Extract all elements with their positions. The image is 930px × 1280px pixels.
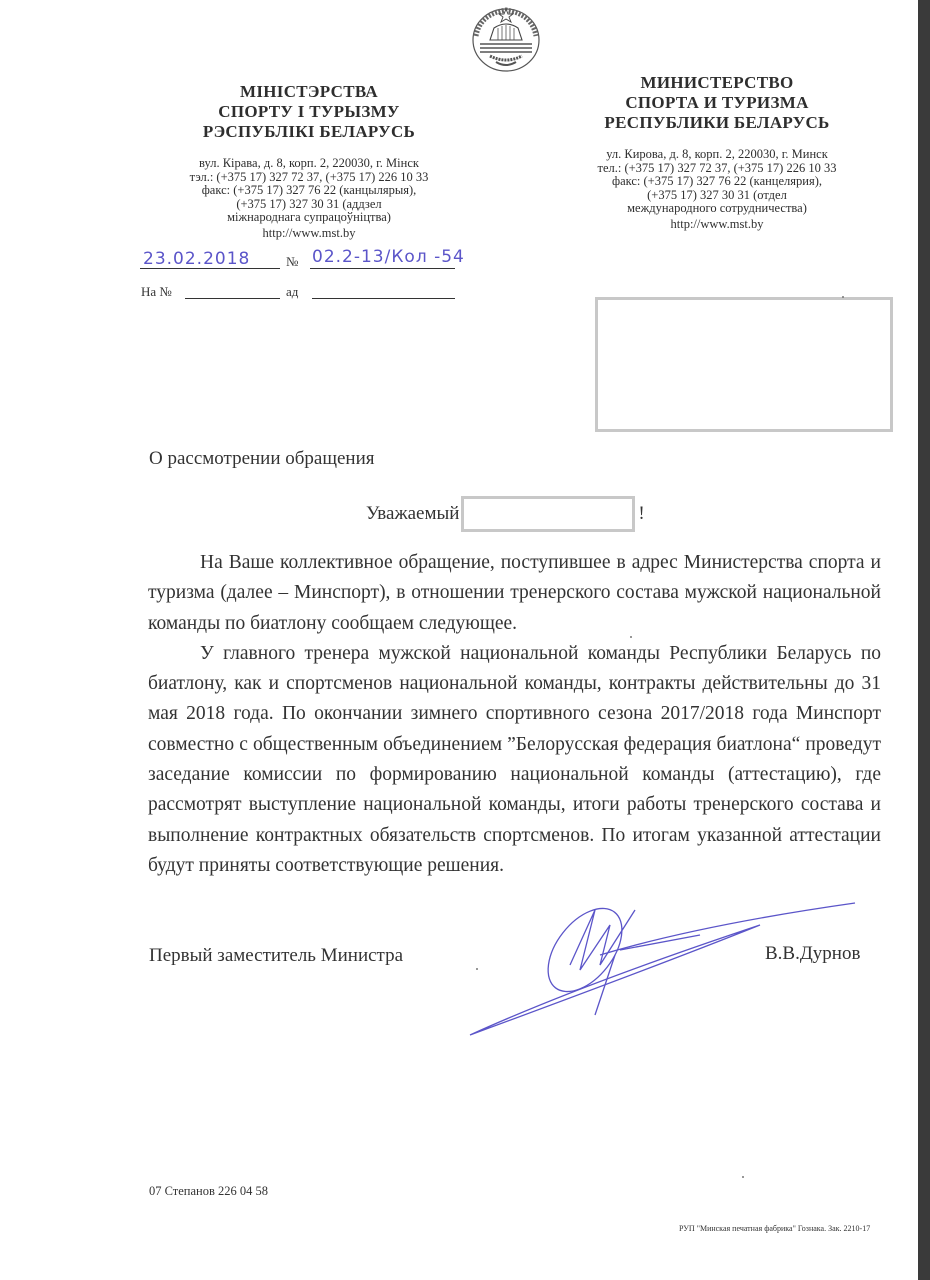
executor-contact: 07 Степанов 226 04 58 <box>149 1184 268 1199</box>
org-name-line: МИНИСТЕРСТВО <box>572 73 862 93</box>
scan-speck <box>842 296 844 298</box>
address-line: вул. Кірава, д. 8, корп. 2, 220030, г. М… <box>150 157 468 171</box>
org-name-line: РЭСПУБЛІКІ БЕЛАРУСЬ <box>150 122 468 142</box>
scan-speck <box>630 636 632 638</box>
state-emblem-icon <box>468 6 544 72</box>
signatory-title: Первый заместитель Министра <box>149 945 403 967</box>
body-paragraph: У главного тренера мужской национальной … <box>148 639 881 881</box>
scan-speck <box>742 1176 744 1178</box>
scan-speck <box>476 968 478 970</box>
signatory-name: В.В.Дурнов <box>765 943 860 965</box>
body-paragraph: На Ваше коллективное обращение, поступив… <box>148 548 881 639</box>
greeting-exclamation: ! <box>638 503 644 525</box>
website-link: http://www.mst.by <box>150 227 468 241</box>
scan-edge-shadow <box>918 0 930 1280</box>
fax-line: факс: (+375 17) 327 76 22 (канцелярия), <box>572 175 862 189</box>
website-link: http://www.mst.by <box>572 218 862 232</box>
department-line: міжнароднага супрацоўніцтва) <box>150 211 468 225</box>
reply-number-underline <box>185 298 280 299</box>
department-line: международного сотрудничества) <box>572 202 862 216</box>
date-underline <box>140 268 280 269</box>
org-name-line: РЕСПУБЛИКИ БЕЛАРУСЬ <box>572 113 862 133</box>
number-underline <box>310 268 455 269</box>
fax-line: факс: (+375 17) 327 76 22 (канцылярыя), <box>150 184 468 198</box>
org-name-line: МІНІСТЭРСТВА <box>150 82 468 102</box>
phone-line: тел.: (+375 17) 327 72 37, (+375 17) 226… <box>572 162 862 176</box>
reply-date-underline <box>312 298 455 299</box>
phone-line: тэл.: (+375 17) 327 72 37, (+375 17) 226… <box>150 171 468 185</box>
org-name-line: СПОРТУ І ТУРЫЗМУ <box>150 102 468 122</box>
recipient-redacted-box <box>595 297 893 432</box>
fax-line: (+375 17) 327 30 31 (отдел <box>572 189 862 203</box>
fax-line: (+375 17) 327 30 31 (аддзел <box>150 198 468 212</box>
printer-imprint: РУП "Минская печатная фабрика" Гознака. … <box>679 1224 870 1233</box>
letter-body: На Ваше коллективное обращение, поступив… <box>148 548 881 881</box>
number-sign: № <box>286 254 298 270</box>
letterhead-russian: МИНИСТЕРСТВО СПОРТА И ТУРИЗМА РЕСПУБЛИКИ… <box>572 73 862 232</box>
handwritten-date: 23.02.2018 <box>143 249 250 269</box>
address-line: ул. Кирова, д. 8, корп. 2, 220030, г. Ми… <box>572 148 862 162</box>
recipient-name-redacted <box>461 496 635 532</box>
letter-subject: О рассмотрении обращения <box>149 448 375 470</box>
salutation: Уважаемый <box>366 503 459 525</box>
handwritten-reg-number: 02.2-13/Кол -54 <box>312 247 465 267</box>
handwritten-signature <box>460 895 860 1045</box>
org-name-line: СПОРТА И ТУРИЗМА <box>572 93 862 113</box>
reply-to-label: На № <box>141 284 172 300</box>
reply-date-label: ад <box>286 284 298 300</box>
letterhead-belarusian: МІНІСТЭРСТВА СПОРТУ І ТУРЫЗМУ РЭСПУБЛІКІ… <box>150 82 468 241</box>
address-block: ул. Кирова, д. 8, корп. 2, 220030, г. Ми… <box>572 148 862 232</box>
greeting: Уважаемый ! <box>366 496 645 532</box>
address-block: вул. Кірава, д. 8, корп. 2, 220030, г. М… <box>150 157 468 241</box>
